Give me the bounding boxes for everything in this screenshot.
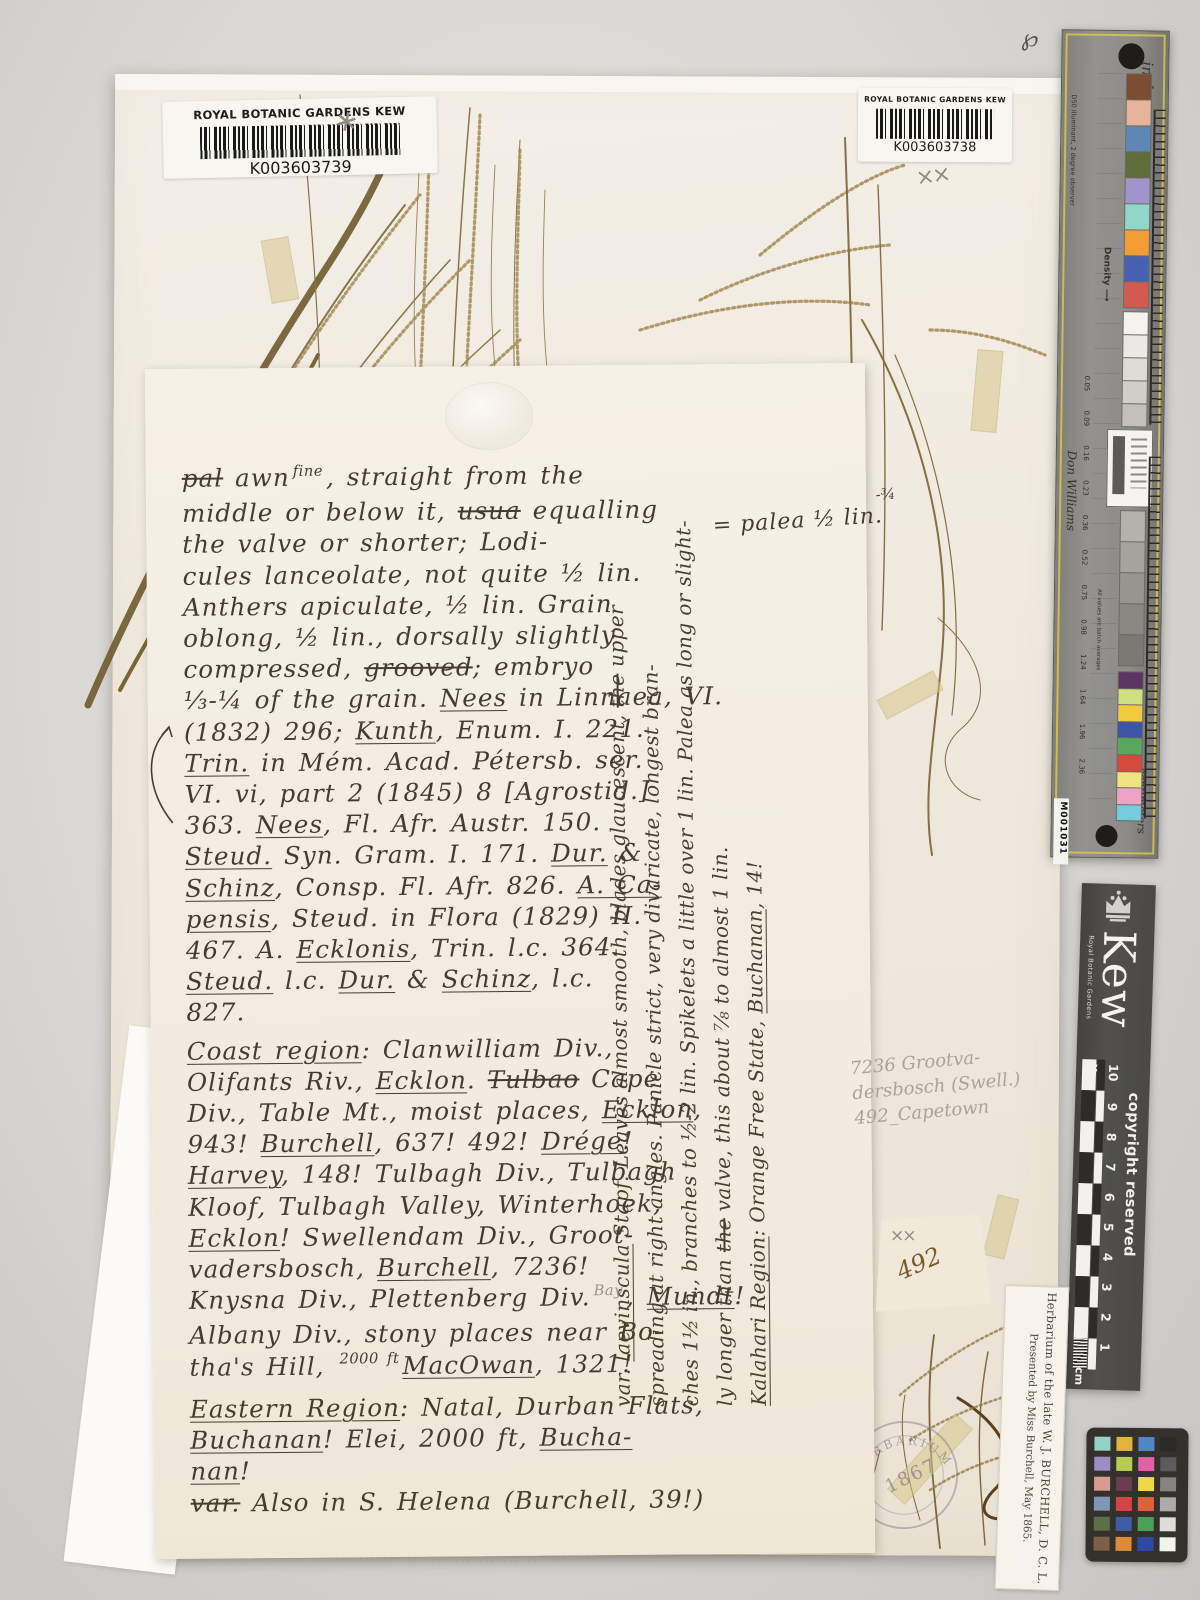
manuscript-margin-note: var. laevinscula Stapf. Leaves almost sm… (598, 554, 783, 1408)
gray-patches-lower (1118, 510, 1146, 666)
pencil-corner-glyph: ℘ (1020, 23, 1040, 53)
kew-copyright-scale-bar: Kew Royal Botanic Gardens copyright rese… (1066, 883, 1156, 1391)
color-patches-top (1123, 73, 1152, 308)
stamp-year: 1867 (882, 1455, 941, 1498)
institution-name: ROYAL BOTANIC GARDENS KEW (162, 103, 436, 123)
ruler-hole-bottom (1095, 825, 1117, 847)
illuminant-label: D50 Illuminant, 2 degree observer (1068, 94, 1078, 206)
barcode-number: K003603738 (858, 140, 1012, 156)
millimeter-stripes (1073, 1338, 1088, 1369)
gray-patches-upper (1121, 311, 1149, 427)
copyright-text: copyright reserved (1117, 1092, 1142, 1372)
barcode (200, 123, 401, 159)
embossed-seal (445, 382, 534, 451)
mini-chart-graphic (1106, 429, 1153, 508)
margin-arrow-mark (138, 721, 183, 831)
ruler-id-label: M001031 (1053, 798, 1069, 864)
color-patches-bottom (1116, 671, 1144, 822)
mini-color-checker-card (1085, 1428, 1188, 1563)
centimeter-tick-marks (1144, 457, 1161, 819)
color-calibration-ruler: inches centimeters Density ⟶ D50 Illumin… (1050, 29, 1170, 858)
barcode-label-right: ROYAL BOTANIC GARDENS KEW K003603738 (858, 88, 1012, 163)
ruler-brand-signature: Don Williams (1064, 450, 1079, 531)
manuscript-page: pal awnfine, straight from themiddle or … (145, 363, 875, 1559)
burchell-provenance-label: Herbarium of the late W. J. BURCHELL, D.… (995, 1285, 1070, 1591)
ruler-id-text: M001031 (1057, 801, 1068, 855)
pencil-cross-marks: ×× (914, 162, 950, 191)
institution-name: ROYAL BOTANIC GARDENS KEW (858, 95, 1012, 105)
inch-tick-marks (1149, 110, 1165, 425)
cm-unit-label: cm (1072, 1367, 1086, 1385)
kew-crest-icon (1101, 889, 1136, 926)
kew-logo: Kew (1090, 929, 1145, 1055)
pencil-cross-marks: ×× (890, 1226, 915, 1246)
barcode (876, 109, 994, 140)
barcode-label-left: ROYAL BOTANIC GARDENS KEW K003603739 (162, 96, 438, 179)
fragment-number: 492 (892, 1241, 945, 1285)
herbarium-specimen-photo: HERBARIUM 1867 pal awnfine, straight fro… (0, 0, 1200, 1600)
